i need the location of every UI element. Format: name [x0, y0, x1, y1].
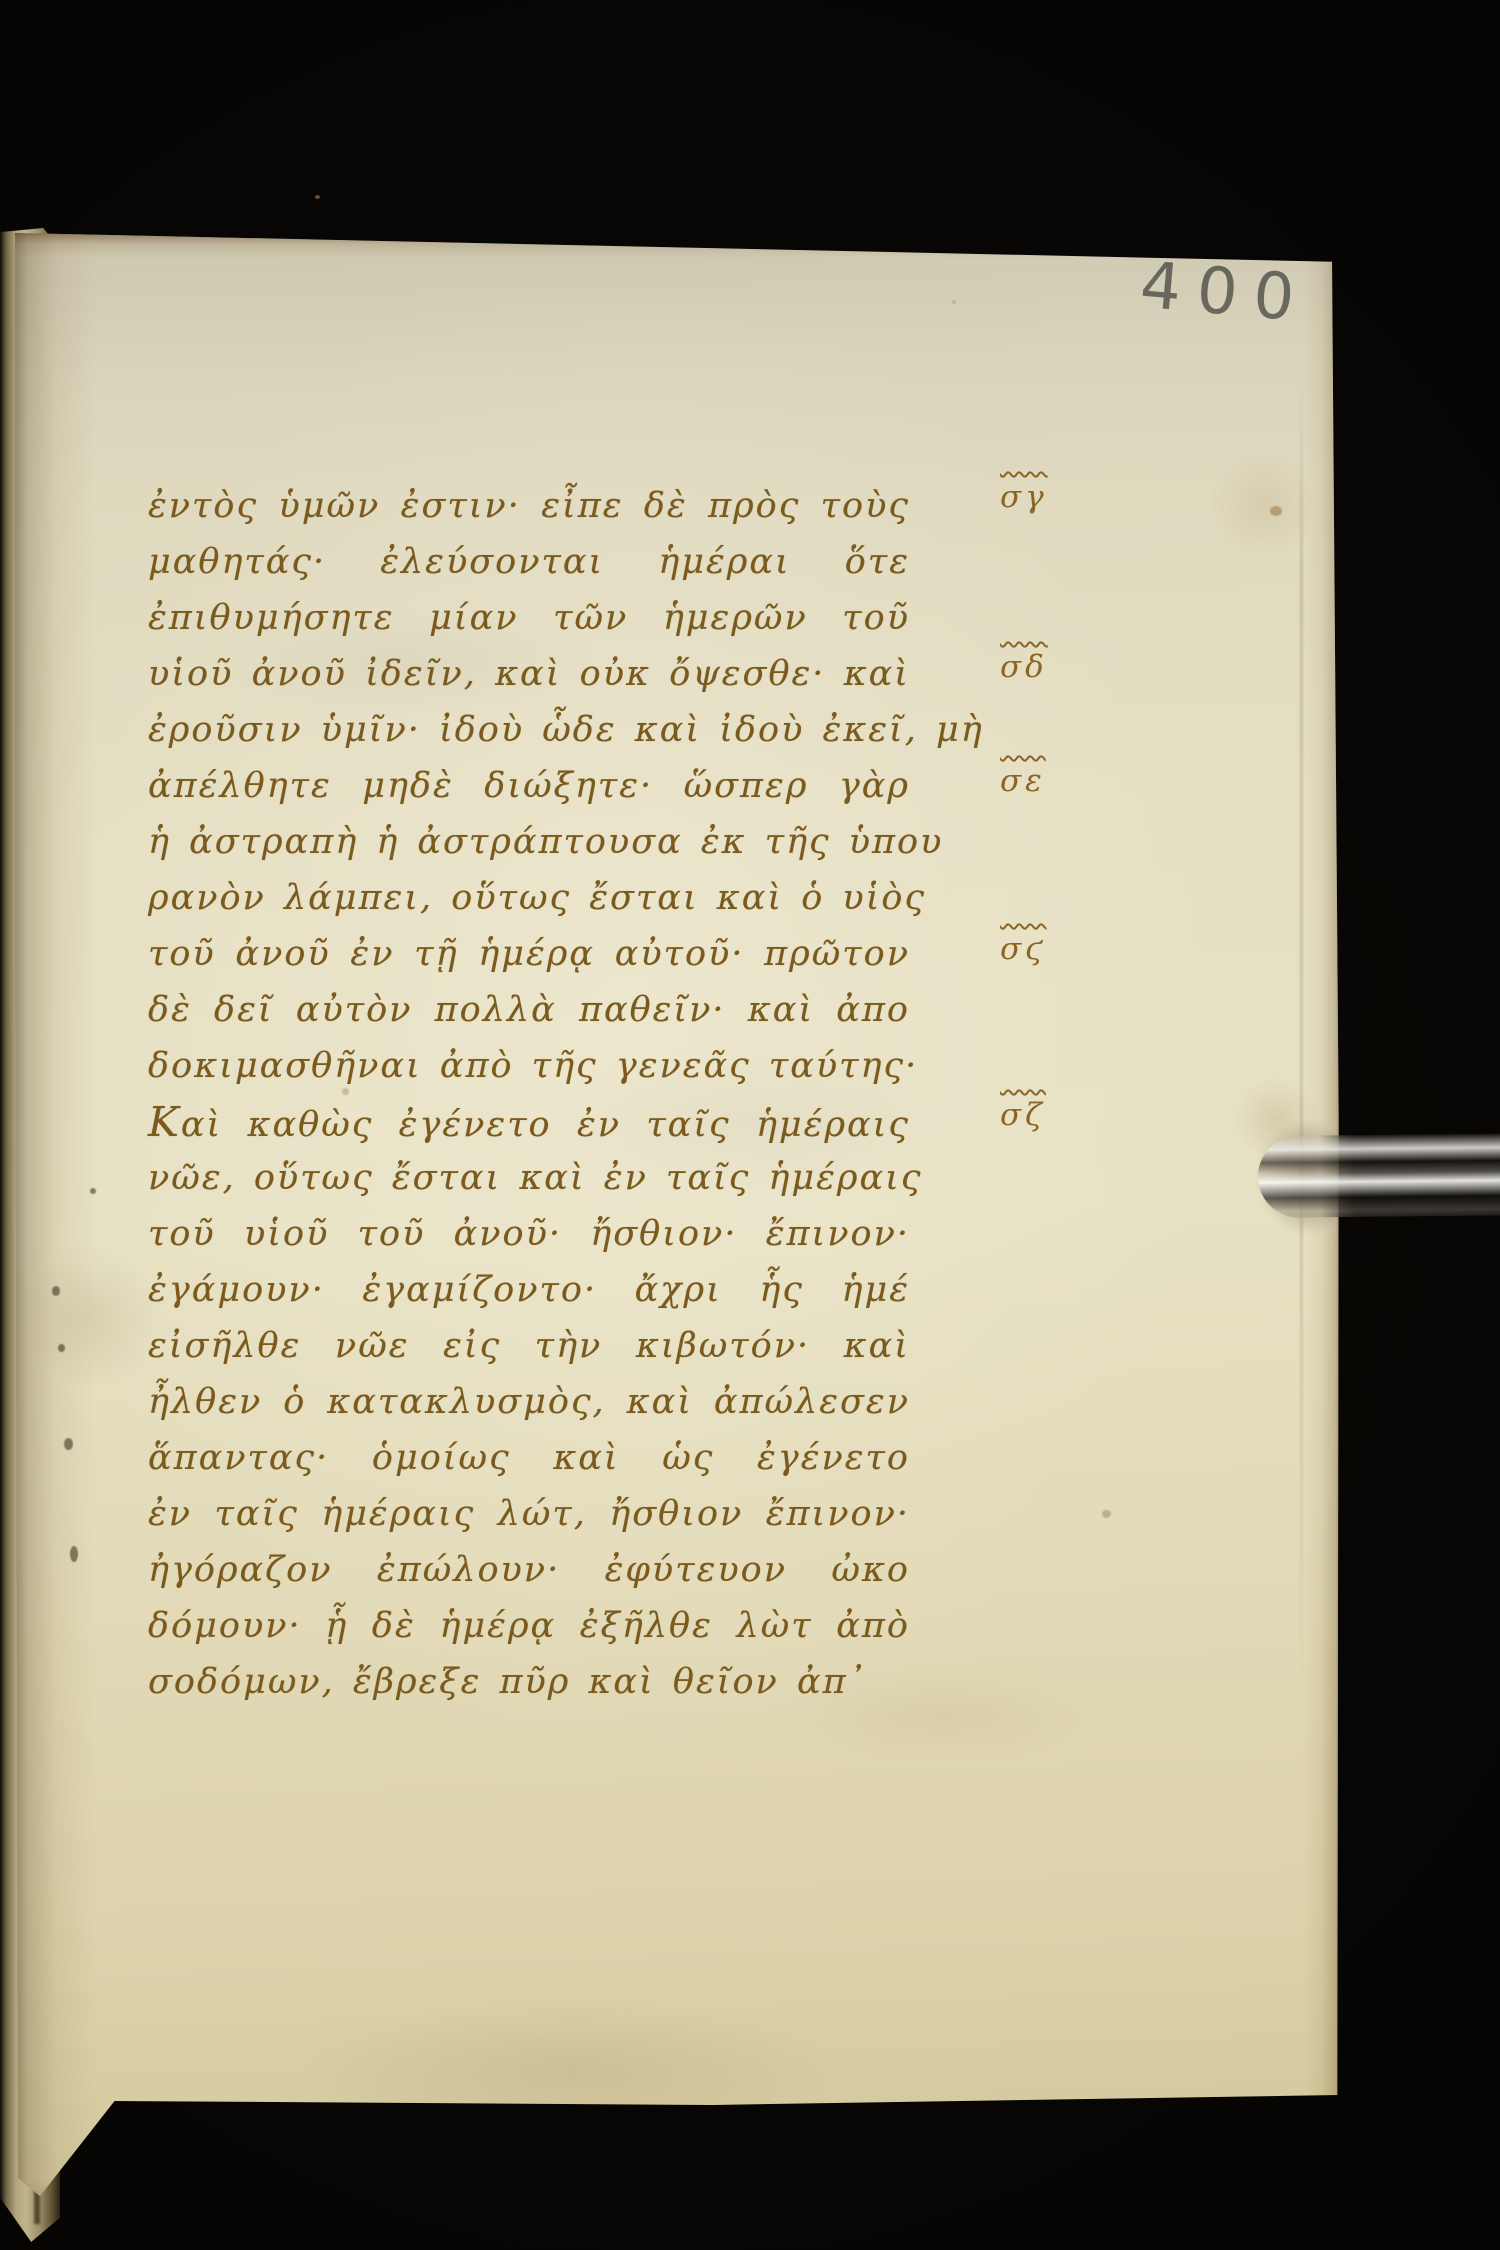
ammonian-section-number: σε	[1000, 756, 1090, 812]
parchment-stain	[1102, 1510, 1111, 1518]
folio-number: 400	[1137, 249, 1363, 342]
text-line: ἐγάμουν· ἐγαμίζοντο· ἄχρι ἧς ἡμέ	[148, 1262, 910, 1318]
text-line: ἠγόραζον ἐπώλουν· ἐφύτευον ὠκο	[148, 1542, 910, 1598]
text-line: ἐροῦσιν ὑμῖν· ἰδοὺ ὧδε καὶ ἰδοὺ ἐκεῖ, μὴ	[148, 702, 910, 758]
manuscript-photo: 400 ἐντὸς ὑμῶν ἐστιν· εἶπε δὲ πρὸς τοὺς …	[0, 0, 1500, 2250]
text-line: νῶε, οὕτως ἔσται καὶ ἐν ταῖς ἡμέραις	[148, 1150, 910, 1206]
page-fold-crease	[1300, 378, 1303, 1708]
text-line: ἦλθεν ὁ κατακλυσμὸς, καὶ ἀπώλεσεν	[148, 1374, 910, 1430]
text-line: ἐντὸς ὑμῶν ἐστιν· εἶπε δὲ πρὸς τοὺς	[148, 478, 910, 534]
margin-ink-speck	[90, 1188, 96, 1194]
text-line: ἡ ἀστραπὴ ἡ ἀστράπτουσα ἐκ τῆς ὑπου	[148, 814, 910, 870]
text-line: ἐπιθυμήσητε μίαν τῶν ἡμερῶν τοῦ	[148, 590, 910, 646]
text-line: δοκιμασθῆναι ἀπὸ τῆς γενεᾶς ταύτης·	[148, 1038, 910, 1094]
text-line: ἅπαντας· ὁμοίως καὶ ὡς ἐγένετο	[148, 1430, 910, 1486]
gutter-dirt-speck	[64, 1438, 73, 1450]
manuscript-text-block: ἐντὸς ὑμῶν ἐστιν· εἶπε δὲ πρὸς τοὺς μαθη…	[148, 478, 910, 1710]
ammonian-section-number: σζ	[1000, 1090, 1090, 1146]
text-line: ἐν ταῖς ἡμέραις λώτ, ἤσθιον ἔπινον·	[148, 1486, 910, 1542]
text-line: ρανὸν λάμπει, οὕτως ἔσται καὶ ὁ υἱὸς	[148, 870, 910, 926]
text-line: ἀπέλθητε μηδὲ διώξητε· ὥσπερ γὰρ	[148, 758, 910, 814]
text-line: τοῦ ἀνοῦ ἐν τῇ ἡμέρᾳ αὐτοῦ· πρῶτον	[148, 926, 910, 982]
parchment-stain	[342, 1088, 349, 1095]
ammonian-section-number: σδ	[1000, 642, 1090, 698]
text-line: μαθητάς· ἐλεύσονται ἡμέραι ὅτε	[148, 534, 910, 590]
dust-speck	[952, 300, 956, 304]
text-line: εἰσῆλθε νῶε εἰς τὴν κιβωτόν· καὶ	[148, 1318, 910, 1374]
text-line: δόμουν· ᾗ δὲ ἡμέρᾳ ἐξῆλθε λὼτ ἀπὸ	[148, 1598, 910, 1654]
text-line: υἱοῦ ἀνοῦ ἰδεῖν, καὶ οὐκ ὄψεσθε· καὶ	[148, 646, 910, 702]
gutter-dirt-speck	[52, 1286, 60, 1296]
glass-weight-rod	[1258, 1133, 1500, 1218]
ammonian-section-number: σγ	[1000, 472, 1090, 528]
text-line: τοῦ υἱοῦ τοῦ ἀνοῦ· ἤσθιον· ἔπινον·	[148, 1206, 910, 1262]
ammonian-section-number: σϛ	[1000, 924, 1090, 980]
gutter-dirt-speck	[70, 1546, 78, 1562]
parchment-page: 400 ἐντὸς ὑμῶν ἐστιν· εἶπε δὲ πρὸς τοὺς …	[12, 228, 1344, 2210]
text-line: Καὶ καθὼς ἐγένετο ἐν ταῖς ἡμέραις	[148, 1094, 910, 1150]
dust-speck	[315, 195, 320, 199]
text-line: σοδόμων, ἔβρεξε πῦρ καὶ θεῖον ἀπ᾽	[148, 1654, 854, 1710]
parchment-stain	[1270, 506, 1282, 516]
text-line: δὲ δεῖ αὐτὸν πολλὰ παθεῖν· καὶ ἀπο	[148, 982, 910, 1038]
gutter-dirt-speck	[58, 1344, 65, 1352]
